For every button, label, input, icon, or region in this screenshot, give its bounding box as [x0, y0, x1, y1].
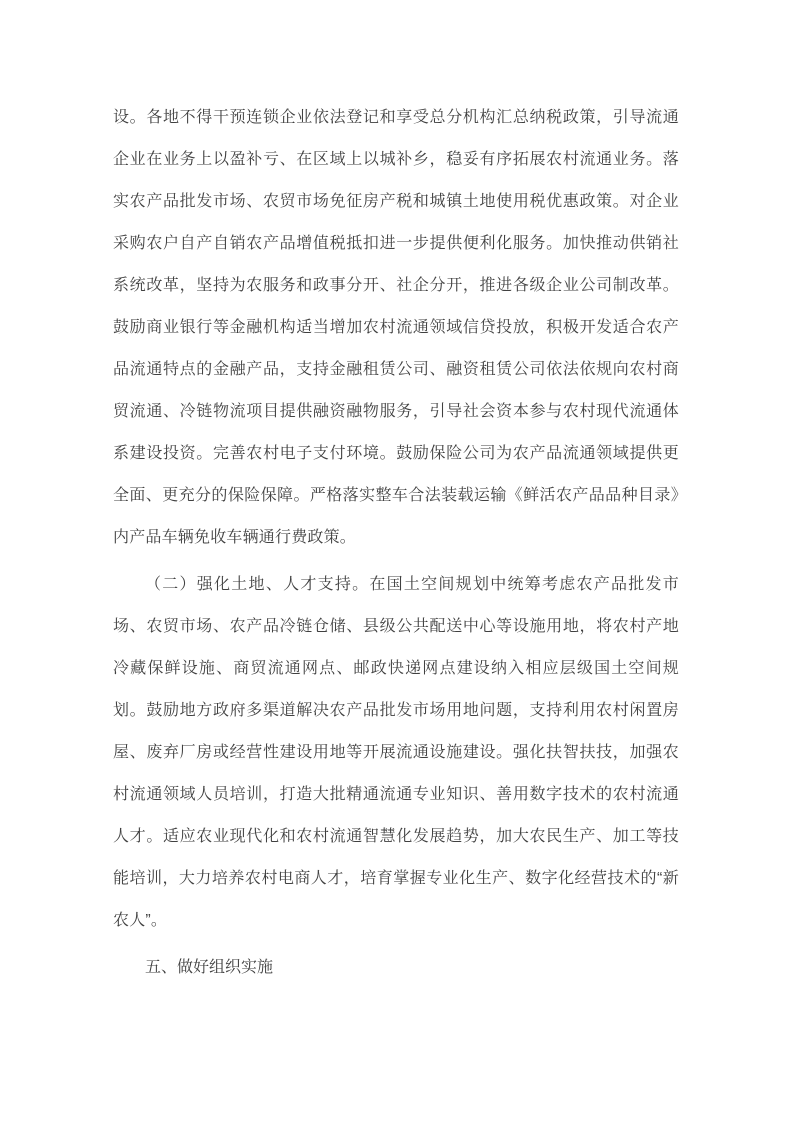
document-content: 设。各地不得干预连锁企业依法登记和享受总分机构汇总纳税政策，引导流通企业在业务上…: [113, 0, 679, 989]
document-page: 设。各地不得干预连锁企业依法登记和享受总分机构汇总纳税政策，引导流通企业在业务上…: [0, 0, 793, 1122]
body-paragraph-continuation: 设。各地不得干预连锁企业依法登记和享受总分机构汇总纳税政策，引导流通企业在业务上…: [113, 97, 679, 559]
section-heading-5: 五、做好组织实施: [113, 947, 679, 989]
body-paragraph-subsection-2: （二）强化土地、人才支持。在国土空间规划中统筹考虑农产品批发市场、农贸市场、农产…: [113, 564, 679, 942]
